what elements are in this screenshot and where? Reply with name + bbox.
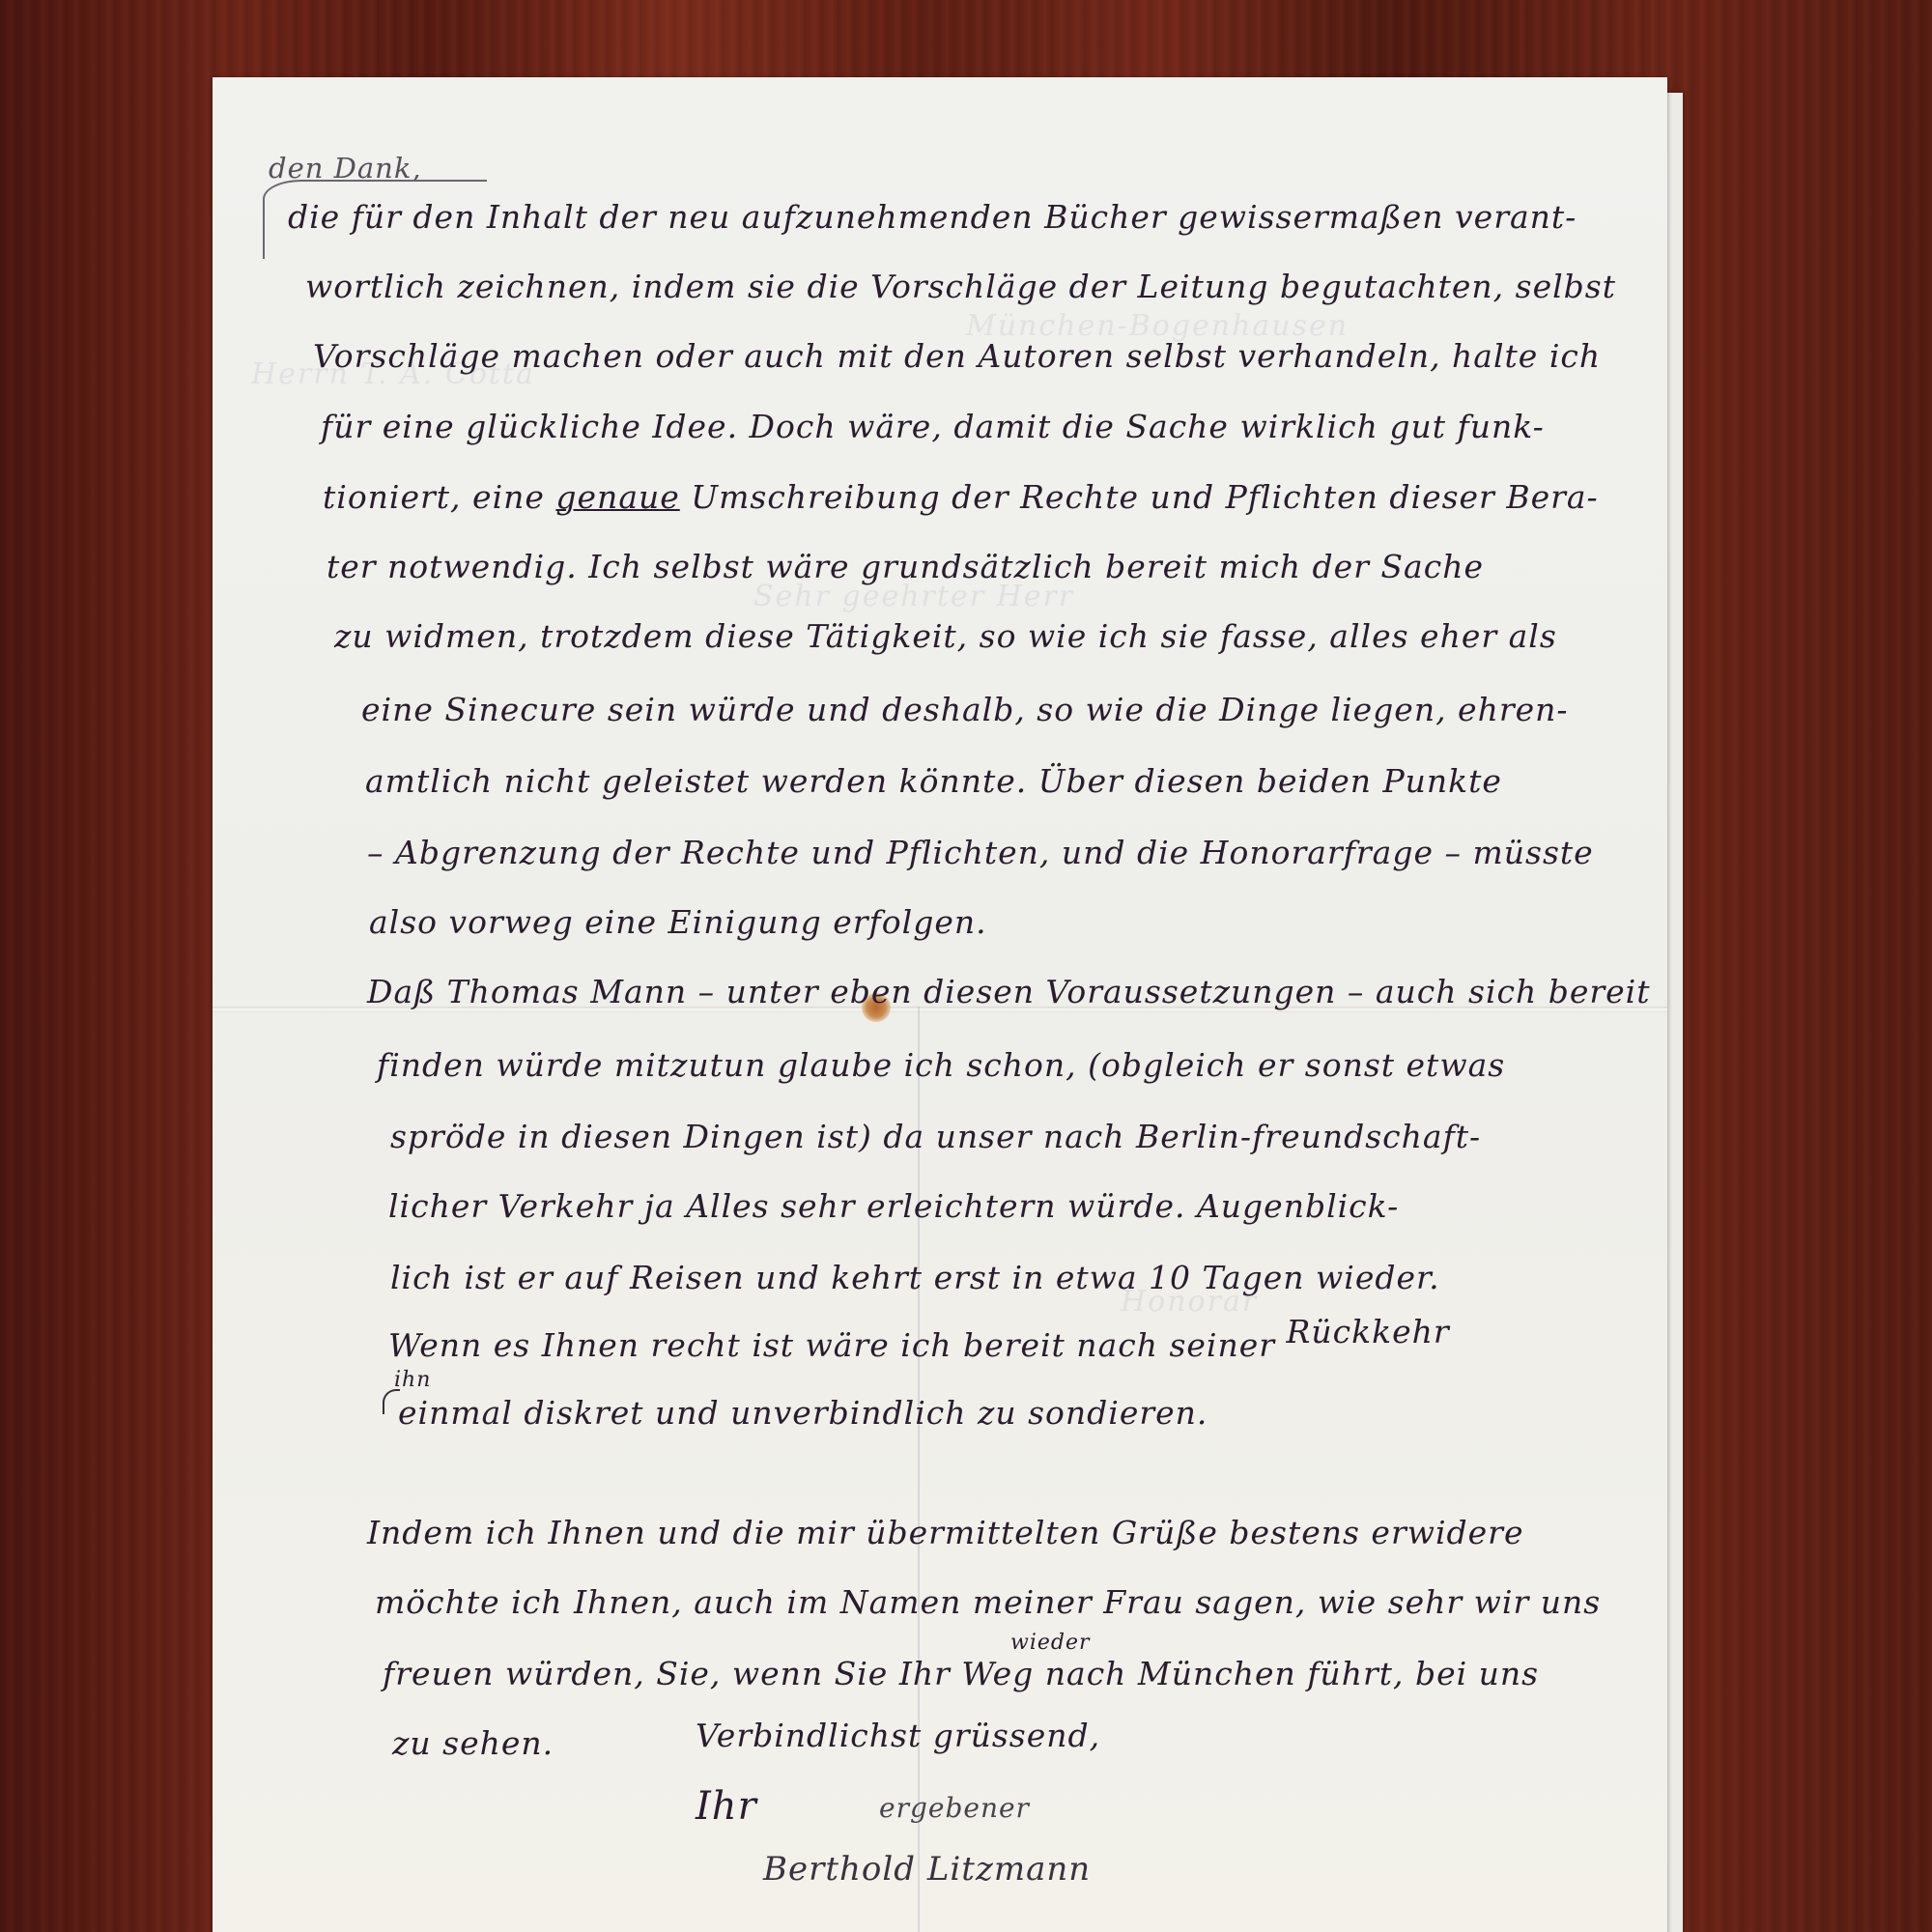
inserted-word-ihn: ihn [394,1370,431,1391]
letter-line-13: finden würde mitzutun glaube ich schon, … [377,1049,1505,1081]
letter-line-21-end: nach München führt, bei uns [1045,1655,1539,1692]
letter-line-17-text: Wenn es Ihnen recht ist wäre ich bereit … [388,1326,1275,1364]
letter-line-5: tioniert, eine genaue Umschreibung der R… [323,481,1599,513]
letter-line-5-end: Umschreibung der Rechte und Pflichten di… [691,478,1598,516]
letter-line-9: amtlich nicht geleistet werden könnte. Ü… [365,765,1502,797]
letter-line-4: für eine glückliche Idee. Doch wäre, dam… [321,411,1545,442]
letter-line-3: Vorschläge machen oder auch mit den Auto… [313,340,1601,372]
signature: Berthold Litzmann [763,1853,1091,1886]
letter-line-10: – Abgrenzung der Rechte und Pflichten, u… [367,837,1594,868]
letter-line-6: ter notwendig. Ich selbst wäre grundsätz… [327,551,1484,582]
letter-line-18: einmal diskret und unverbindlich zu sond… [398,1397,1207,1429]
closing-ergebener: ergebener [879,1795,1030,1822]
inserted-word-wieder: wieder [1010,1633,1091,1654]
letter-line-17: Wenn es Ihnen recht ist wäre ich bereit … [388,1329,1450,1361]
letter-line-15: licher Verkehr ja Alles sehr erleichtern… [388,1190,1399,1222]
letter-line-11: also vorweg eine Einigung erfolgen. [369,906,987,938]
heading-fragment: den Dank, [269,155,422,183]
letter-line-21: freuen würden, Sie, wenn Sie Ihr Weg nac… [383,1658,1539,1690]
letter-line-7: zu widmen, trotzdem diese Tätigkeit, so … [334,620,1557,652]
letter-page: Herrn T. A. Cotta München-Bogenhausen Se… [213,77,1667,1932]
letter-line-2: wortlich zeichnen, indem sie die Vorschl… [305,270,1616,302]
letter-line-22: zu sehen. [392,1727,554,1759]
letter-line-21-start: freuen würden, Sie, wenn Sie Ihr Weg [383,1655,1034,1692]
letter-line-12: Daß Thomas Mann – unter eben diesen Vora… [367,976,1651,1008]
letter-line-8: eine Sinecure sein würde und deshalb, so… [361,694,1569,725]
letter-line-1: die für den Inhalt der neu aufzunehmende… [288,201,1577,233]
letter-line-19: Indem ich Ihnen und die mir übermittelte… [367,1517,1524,1548]
letter-line-20: möchte ich Ihnen, auch im Namen meiner F… [375,1586,1601,1618]
letter-line-14: spröde in diesen Dingen ist) da unser na… [390,1121,1481,1152]
inserted-word-rueckkehr: Rückkehr [1287,1313,1450,1350]
letter-line-16: lich ist er auf Reisen und kehrt erst in… [390,1262,1440,1293]
underlined-word-genaue: genaue [555,478,679,516]
closing-ihr: Ihr [696,1787,757,1826]
letter-line-5-start: tioniert, eine [323,478,545,516]
closing-phrase: Verbindlichst grüssend, [696,1719,1100,1751]
